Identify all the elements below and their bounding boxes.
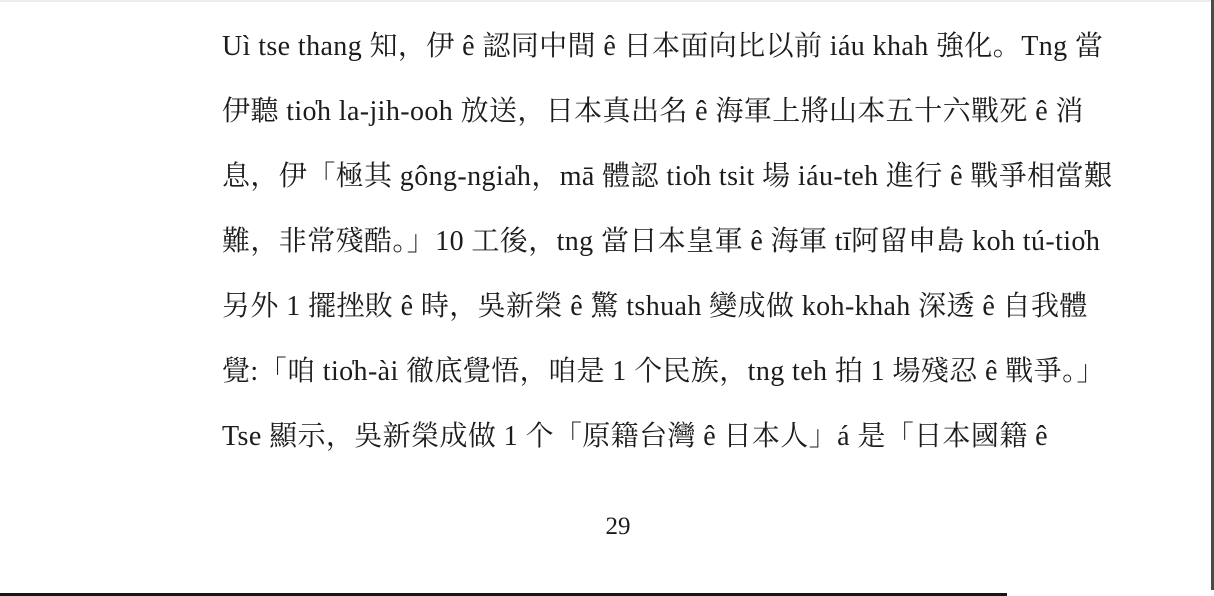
page-top-edge-line [0,0,1214,2]
paragraph-line: 另外 1 擺挫敗 ê 時，吳新榮 ê 驚 tshuah 變成做 koh-khah… [222,274,1014,339]
paragraph-line: 難，非常殘酷。」10 工後，tng 當日本皇軍 ê 海軍 tī阿留申島 koh … [222,209,1014,274]
page-number: 29 [222,513,1014,541]
paragraph-line: 息，伊「極其 gông-ngia̍h，mā 體認 tio̍h tsit 場 iá… [222,144,1014,209]
document-paragraph: Uì tse thang 知，伊 ê 認同中間 ê 日本面向比以前 iáu kh… [222,14,1014,469]
paragraph-line: Uì tse thang 知，伊 ê 認同中間 ê 日本面向比以前 iáu kh… [222,14,1014,79]
paragraph-line: 覺:「咱 tio̍h-ài 徹底覺悟，咱是 1 个民族，tng teh 拍 1 … [222,339,1014,404]
paragraph-line: 伊聽 tio̍h la-jih-ooh 放送，日本真出名 ê 海軍上將山本五十六… [222,79,1014,144]
paragraph-line: Tse 顯示，吳新榮成做 1 个「原籍台灣 ê 日本人」á 是「日本國籍 ê [222,404,1014,469]
